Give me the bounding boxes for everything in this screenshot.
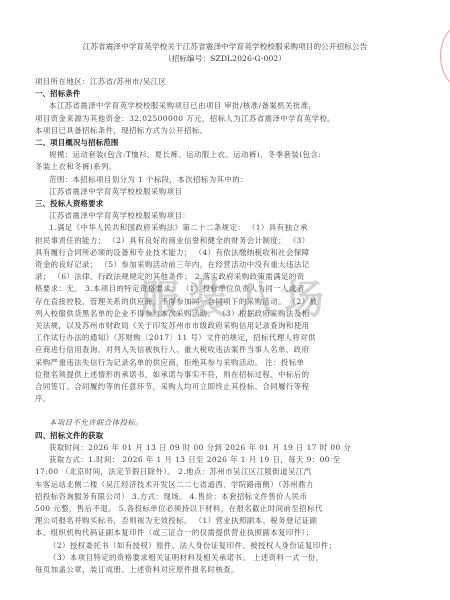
paragraph-text: 车客运站北侧二楼（吴江经济技术开发区二二七省道西、学院路南侧）（苏州鼎力 (35, 479, 418, 491)
paragraph-text: 存在直接控股、管理关系的供应商，不得参加同一合同项下的采购活动。 （2）被 (35, 296, 418, 308)
paragraph-text: （3）本项目特定的资格要求相关证明材料及相关承诺书。 上述资料一式一份， (35, 552, 418, 564)
section-heading-1: 一、招标条件 (35, 88, 418, 100)
paragraph-text: 资金的良好记录； （5）参加采购活动前三年内，在经营活动中没有重大违法记 (35, 259, 418, 271)
document-body: 项目所在地区：江苏省/苏州市/吴江区 一、招标条件 本江苏省震泽中学育英学校校服… (35, 76, 418, 576)
paragraph-text: 具有履行合同所必须的设备和专业技术能力； （4）有依法缴纳税收和社会保障 (35, 247, 418, 259)
document-title: 江苏省震泽中学育英学校关于江苏省震泽中学育英学校校服采购项目的公开招标公告 (0, 41, 450, 52)
tender-number: （招标编号：SZDL2026-G-002） (0, 53, 450, 64)
paragraph-text: 采购严重违法失信行为记录名单的供应商，拒绝其参与采购活动。 注：投标单 (35, 357, 418, 369)
paragraph-text: 1.满足《中华人民共和国政府采购法》第二十二条规定： （1）具有独立承 (35, 222, 418, 234)
paragraph-text: 录； （6）法律、行政法规规定的其他条件； 2.落实政府采购政策需满足的资 (35, 271, 418, 283)
paragraph-text: 列入校服供货黑名单的企业不得参与本次采购活动。 （3）根据政府采购法及相 (35, 308, 418, 320)
section-heading-2: 二、项目概况与招标范围 (35, 137, 418, 149)
paragraph-text: 范围：本招标项目划分为 1 个标段，本次招标为其中的： (35, 174, 418, 186)
consortium-note: 本项目不允许联合体投标。 (35, 417, 418, 429)
paragraph-text: 格要求：无。 3.本项目的特定资格要求： （1）投标单位负责人为同一人或者 (35, 283, 418, 295)
section-heading-4: 四、招标文件的获取 (35, 430, 418, 442)
paragraph-text: 应商进行信用查询。对列入失信被执行人、重大税收违法案件当事人名单、政府 (35, 344, 418, 356)
paragraph-text: 序。 (35, 393, 418, 405)
paragraph-text: 500 元整，售后不退。 5.各投标单位必须持以下材料，在报名截止时间前至招标代 (35, 503, 418, 515)
paragraph-text: 本江苏省震泽中学育英学校校服采购项目已由项目 审批/核准/备案机关批准， (35, 100, 418, 112)
paragraph-text: 获取方式：1.时间： 2026 年 1 月 13 日至 2026 年 1 月 1… (35, 454, 418, 466)
paragraph-text: 本项目已具备招标条件，现招标方式为公开招标。 (35, 125, 418, 137)
project-region: 项目所在地区：江苏省/苏州市/吴江区 (35, 76, 418, 88)
paragraph-text: 合同签订、合同履约等的任意环节，采购人均可立即终止其投标、合同履行等程 (35, 381, 418, 393)
paragraph-text: 17:00 （北京时间，法定节假日除外）。 2.地点：苏州市吴江区江陵街道吴江汽 (35, 466, 418, 478)
spacer (35, 405, 418, 417)
paragraph-text: 江苏省震泽中学育英学校校服采购项目 (35, 186, 418, 198)
document-page: 江苏省震泽中学育英学校关于江苏省震泽中学育英学校校服采购项目的公开招标公告 （招… (0, 0, 450, 600)
paragraph-text: 每页加盖公章，装订成册。上述资料对应原件报名时核查。 (35, 564, 418, 576)
paragraph-text: 工作试行办法的通知》（苏财购〔2017〕11 号）文件的规定，招标代理人将对供 (35, 332, 418, 344)
section-heading-3: 三、投标人资格要求 (35, 198, 418, 210)
paragraph-text: （2）授权委托书（如有授权）原件、法人身份证复印件、被授权人身份证复印件； (35, 540, 418, 552)
paragraph-text: 位报名须提供上述情形的承诺书，如承诺与事实不符，则在招标过程、中标后的 (35, 369, 418, 381)
paragraph-text: 招投标咨询服务有限公司） 3.方式：现场。 4.售价：本套招标文件售价人民币 (35, 491, 418, 503)
paragraph-text: 江苏省震泽中学育英学校校服采购项目： (35, 210, 418, 222)
paragraph-text: 关法规，以及苏州市财政局《关于印发苏州市市级政府采购信用记录查询和使用 (35, 320, 418, 332)
paragraph-text: 本、组织机构代码证副本复印件（或三证合一的仅需提供营业执照副本复印件）； (35, 527, 418, 539)
paragraph-text: 冬装上衣和冬裤)系列。 (35, 161, 418, 173)
paragraph-text: 理公司报名并购买标书，否则视为无效投标。 （1）营业执照副本、税务登记证副 (35, 515, 418, 527)
paragraph-text: 项目资金来源为其他资金：32.02500000 万元，招标人为江苏省震泽中学育英… (35, 113, 418, 125)
acquisition-time: 获取时间：2026 年 01 月 13 日 09 时 00 分到 2026 年 … (35, 442, 418, 454)
paragraph-text: 担民事责任的能力； （2）具有良好的商业信誉和健全的财务会计制度； （3） (35, 235, 418, 247)
paragraph-text: 规模：运动套装(包含:T恤衫、夏长裤、运动服上衣、运动裤)、冬季套装(包含: (35, 149, 418, 161)
